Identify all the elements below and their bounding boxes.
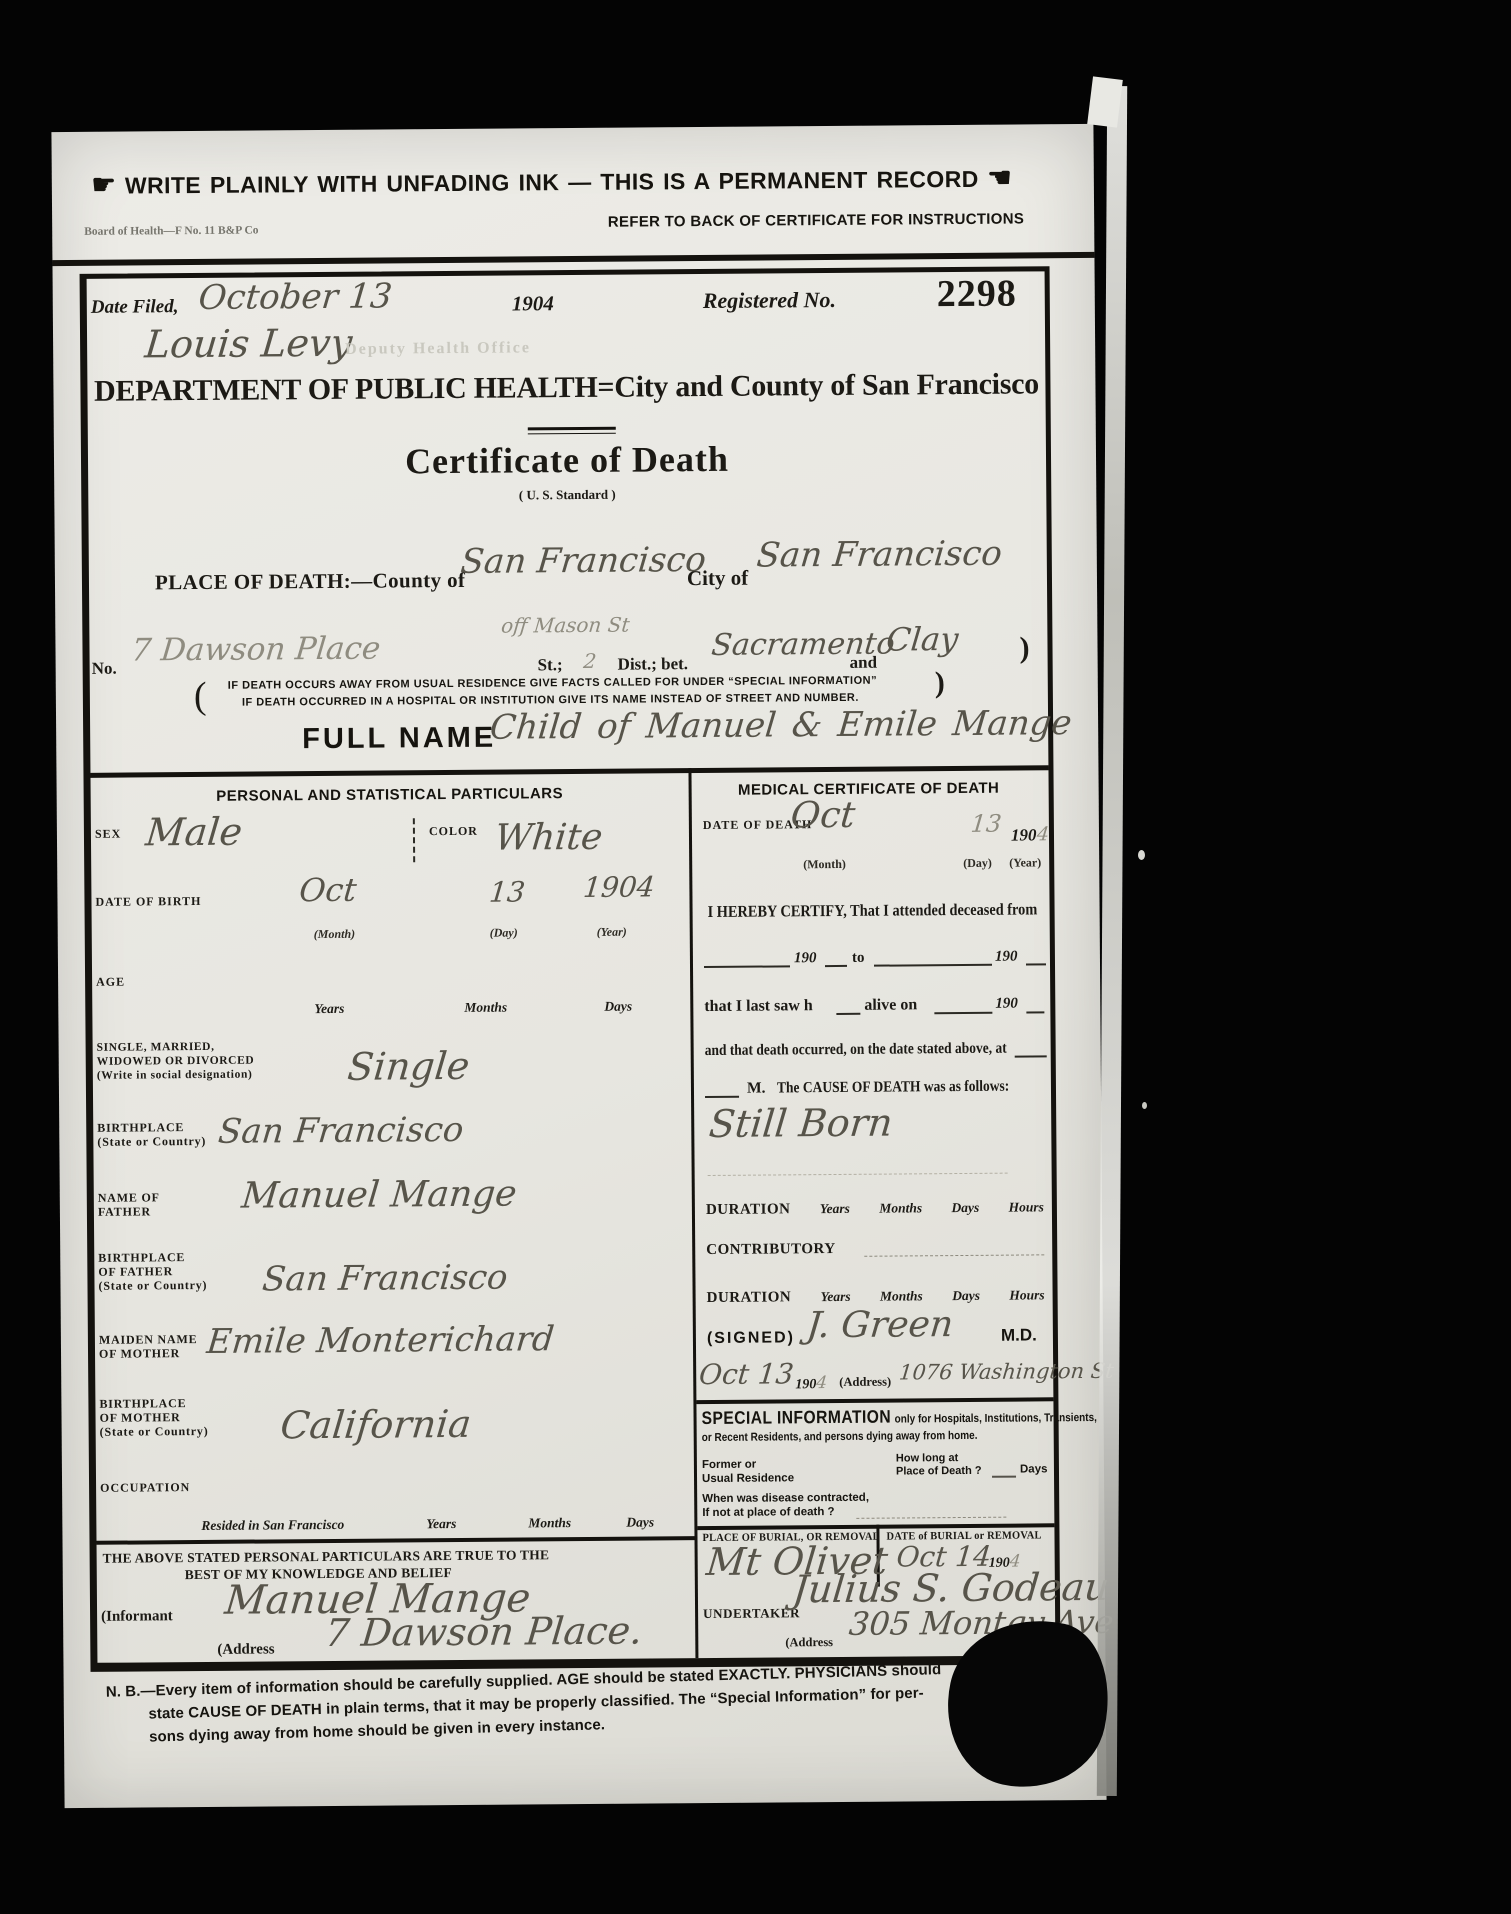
dod-year-printed: 190 bbox=[1011, 825, 1037, 844]
duration2-years-caption: Years bbox=[821, 1289, 851, 1305]
certify-190a: 190 bbox=[794, 950, 817, 967]
mother-label-line2: OF MOTHER bbox=[99, 1346, 198, 1361]
pointing-hand-right-icon: ☛ bbox=[91, 170, 116, 200]
undertaker-address-label: (Address bbox=[785, 1635, 833, 1650]
father-birthplace-value: San Francisco bbox=[261, 1258, 510, 1300]
resided-months-caption: Months bbox=[528, 1515, 571, 1531]
age-days-caption: Days bbox=[604, 999, 632, 1015]
marital-label-line1: SINGLE, MARRIED, bbox=[97, 1040, 255, 1055]
signed-address-caption: (Address) bbox=[839, 1375, 891, 1390]
father-birthplace-label: BIRTHPLACE OF FATHER (State or Country) bbox=[98, 1250, 207, 1293]
birthplace-value: San Francisco bbox=[216, 1110, 465, 1152]
signed-label: (SIGNED) bbox=[707, 1329, 795, 1348]
resided-days-caption: Days bbox=[626, 1514, 654, 1530]
disease-line2: If not at place of death ? bbox=[702, 1505, 869, 1520]
birthplace-state-caption: (State or Country) bbox=[97, 1134, 206, 1149]
dod-year-value: 1904 bbox=[1011, 823, 1049, 845]
cause-faint-rule bbox=[708, 1172, 1008, 1176]
corner-paper-fragment bbox=[1087, 76, 1123, 127]
duration-hours-caption: Hours bbox=[1009, 1199, 1044, 1215]
occurred-line: and that death occurred, on the date sta… bbox=[705, 1040, 1007, 1060]
residence-note-line1: IF DEATH OCCURS AWAY FROM USUAL RESIDENC… bbox=[228, 675, 877, 692]
open-paren-glyph: ( bbox=[194, 674, 207, 718]
page-edge-sliver bbox=[1097, 86, 1127, 1796]
mother-birthplace-label: BIRTHPLACE OF MOTHER (State or Country) bbox=[99, 1396, 208, 1439]
special-divider bbox=[696, 1397, 1053, 1404]
certify-dash-a bbox=[825, 963, 847, 967]
informant-address-label: (Address bbox=[217, 1641, 274, 1658]
registrar-signature: Louis Levy bbox=[143, 321, 354, 367]
standard-caption: ( U. S. Standard ) bbox=[88, 483, 1046, 507]
certify-dash-b bbox=[1026, 961, 1046, 965]
physician-signature: J. Green bbox=[805, 1304, 955, 1346]
deputy-stamp: Deputy Health Office bbox=[345, 339, 531, 358]
mother-name-value: Emile Monterichard bbox=[205, 1319, 556, 1362]
duration-row: DURATION Years Months Days Hours bbox=[706, 1199, 1044, 1219]
certificate-title: Certificate of Death bbox=[88, 435, 1046, 485]
special-heading-row: SPECIAL INFORMATION only for Hospitals, … bbox=[701, 1405, 1097, 1429]
howlong-line1: How long at bbox=[896, 1452, 982, 1466]
md-label: M.D. bbox=[1001, 1325, 1037, 1345]
note-close-paren-glyph: ) bbox=[935, 666, 945, 700]
date-filed-year: 1904 bbox=[512, 291, 554, 316]
disease-contracted-label: When was disease contracted, If not at p… bbox=[702, 1491, 869, 1520]
color-label: COLOR bbox=[429, 824, 478, 838]
sex-value: Male bbox=[144, 810, 244, 855]
columns-divider bbox=[688, 768, 698, 1658]
father-name-value: Manuel Mange bbox=[240, 1173, 519, 1216]
signed-year-value: 1904 bbox=[795, 1373, 827, 1393]
former-residence-label: Former or Usual Residence bbox=[702, 1457, 794, 1486]
lastsaw-label: that I last saw h bbox=[704, 997, 813, 1016]
disease-blank bbox=[856, 1516, 1006, 1519]
duration2-label: DURATION bbox=[707, 1289, 792, 1307]
lastsaw-dash2 bbox=[1026, 1009, 1044, 1013]
lastsaw-190: 190 bbox=[995, 996, 1018, 1013]
certificate-page: ☛ WRITE PLAINLY WITH UNFADING INK — THIS… bbox=[51, 124, 1106, 1808]
howlong-label: How long at Place of Death ? bbox=[896, 1452, 982, 1479]
certify-190b: 190 bbox=[995, 949, 1018, 966]
city-value: San Francisco bbox=[755, 534, 1004, 576]
cause-value: Still Born bbox=[707, 1101, 895, 1146]
mother-birthplace-value: California bbox=[278, 1402, 473, 1448]
father-bp-line1: BIRTHPLACE bbox=[98, 1250, 207, 1265]
close-paren-glyph: ) bbox=[1019, 631, 1029, 665]
full-name-label: FULL NAME bbox=[302, 722, 496, 757]
city-label: City of bbox=[687, 566, 748, 591]
dob-year-caption: (Year) bbox=[597, 925, 627, 940]
resided-label: Resided in San Francisco bbox=[201, 1517, 344, 1534]
refer-note: REFER TO BACK OF CERTIFICATE FOR INSTRUC… bbox=[608, 210, 1024, 230]
and-street-value: Clay bbox=[885, 620, 961, 659]
dob-day-value: 13 bbox=[488, 875, 527, 908]
dob-day-caption: (Day) bbox=[490, 925, 518, 940]
dob-month-value: Oct bbox=[298, 871, 359, 909]
occupation-label: OCCUPATION bbox=[100, 1480, 190, 1495]
father-label-line2: FATHER bbox=[98, 1204, 160, 1218]
form-reference: Board of Health—F No. 11 B&P Co bbox=[84, 224, 258, 237]
age-label: AGE bbox=[96, 975, 125, 989]
father-label-line1: NAME OF bbox=[98, 1190, 160, 1204]
undertaker-label: UNDERTAKER bbox=[703, 1605, 800, 1622]
scan-background: ☛ WRITE PLAINLY WITH UNFADING INK — THIS… bbox=[0, 0, 1511, 1914]
howlong-days-caption: Days bbox=[1020, 1463, 1048, 1475]
occurred-blank bbox=[1015, 1053, 1047, 1057]
top-rule bbox=[52, 252, 1094, 266]
hour-blank bbox=[705, 1094, 739, 1098]
dod-month-caption: (Month) bbox=[803, 857, 846, 872]
medical-heading: MEDICAL CERTIFICATE OF DEATH bbox=[689, 779, 1049, 799]
st-label: St.; bbox=[538, 655, 563, 675]
dob-month-caption: (Month) bbox=[314, 927, 355, 942]
mother-name-label: MAIDEN NAME OF MOTHER bbox=[99, 1332, 198, 1361]
registered-no-label: Registered No. bbox=[703, 287, 836, 314]
duration-days-caption: Days bbox=[951, 1200, 979, 1216]
color-value: White bbox=[493, 817, 604, 859]
department-title: DEPARTMENT OF PUBLIC HEALTH=City and Cou… bbox=[87, 367, 1045, 409]
pointing-hand-left-icon: ☚ bbox=[987, 163, 1012, 193]
duration2-hours-caption: Hours bbox=[1009, 1287, 1044, 1303]
former-line2: Usual Residence bbox=[702, 1471, 794, 1486]
special-heading: SPECIAL INFORMATION bbox=[701, 1407, 891, 1428]
mother-bp-state-caption: (State or Country) bbox=[100, 1424, 209, 1439]
signed-year-printed: 190 bbox=[795, 1377, 816, 1392]
dod-day-caption: (Day) bbox=[963, 856, 992, 871]
columns-top-rule bbox=[90, 765, 1048, 778]
mother-bp-line2: OF MOTHER bbox=[99, 1410, 208, 1425]
marital-label-line2: WIDOWED OR DIVORCED bbox=[97, 1054, 255, 1069]
dist-label: Dist.; bet. bbox=[618, 654, 689, 675]
father-bp-line2: OF FATHER bbox=[98, 1264, 207, 1279]
scan-speck-2 bbox=[1142, 1102, 1147, 1109]
registered-no-value: 2298 bbox=[937, 272, 1017, 317]
dod-month-value: Oct bbox=[789, 795, 857, 837]
date-filed-label: Date Filed, bbox=[91, 296, 179, 319]
age-years-caption: Years bbox=[314, 1001, 344, 1017]
certify-line1: I HEREBY CERTIFY, That I attended deceas… bbox=[708, 899, 1038, 922]
and-label: and bbox=[850, 653, 878, 673]
dod-day-value: 13 bbox=[970, 810, 1003, 838]
dob-year-value: 1904 bbox=[582, 870, 656, 904]
mother-bp-line1: BIRTHPLACE bbox=[99, 1396, 208, 1411]
full-name-value: Child of Manuel & Emile Mange bbox=[488, 703, 1073, 748]
ward-value: 2 bbox=[582, 649, 597, 673]
informant-label: (Informant bbox=[101, 1608, 173, 1626]
howlong-blank bbox=[992, 1474, 1016, 1478]
county-value: San Francisco bbox=[459, 540, 708, 582]
resided-years-caption: Years bbox=[426, 1516, 456, 1532]
birthplace-label: BIRTHPLACE (State or Country) bbox=[97, 1120, 206, 1149]
certificate-box: Date Filed, October 13 1904 Registered N… bbox=[80, 266, 1061, 1672]
meridian-label: M. bbox=[747, 1080, 766, 1098]
footer-note: N. B.—Every item of information should b… bbox=[106, 1661, 943, 1747]
disease-line1: When was disease contracted, bbox=[702, 1491, 869, 1506]
top-notice-text: WRITE PLAINLY WITH UNFADING INK — THIS I… bbox=[125, 166, 979, 199]
signed-address-value: 1076 Washington St bbox=[898, 1359, 1115, 1385]
top-notice-row: ☛ WRITE PLAINLY WITH UNFADING INK — THIS… bbox=[52, 162, 1052, 201]
signed-date-value: Oct 13 bbox=[698, 1357, 796, 1391]
marital-value: Single bbox=[346, 1044, 472, 1089]
no-label: No. bbox=[92, 659, 117, 679]
special-heading-rest2: or Recent Residents, and persons dying a… bbox=[702, 1430, 978, 1444]
duration2-months-caption: Months bbox=[880, 1288, 923, 1304]
marital-label: SINGLE, MARRIED, WIDOWED OR DIVORCED (Wr… bbox=[97, 1040, 255, 1083]
birthplace-label-line1: BIRTHPLACE bbox=[97, 1120, 206, 1135]
lastsaw-blank bbox=[934, 1010, 992, 1014]
dod-year-caption: (Year) bbox=[1009, 855, 1041, 870]
attest-line1: THE ABOVE STATED PERSONAL PARTICULARS AR… bbox=[103, 1547, 550, 1567]
certify-blank-to bbox=[874, 962, 992, 967]
duration-months-caption: Months bbox=[879, 1200, 922, 1216]
dod-year-hand: 4 bbox=[1035, 823, 1049, 845]
contributory-label: CONTRIBUTORY bbox=[706, 1241, 836, 1259]
attest-divider bbox=[96, 1536, 694, 1545]
certify-blank-from bbox=[704, 963, 790, 968]
howlong-line2: Place of Death ? bbox=[896, 1465, 982, 1479]
date-filed-value: October 13 bbox=[197, 276, 394, 318]
personal-heading: PERSONAL AND STATISTICAL PARTICULARS bbox=[91, 784, 689, 806]
contributory-blank bbox=[864, 1253, 1044, 1256]
certify-to-label: to bbox=[852, 950, 865, 967]
father-bp-state-caption: (State or Country) bbox=[98, 1278, 207, 1293]
off-street-note: off Mason St bbox=[500, 613, 631, 638]
sex-color-divider bbox=[413, 818, 415, 862]
duration2-days-caption: Days bbox=[952, 1288, 980, 1304]
scan-speck-1 bbox=[1138, 850, 1145, 860]
lastsaw-aliveon-label: alive on bbox=[864, 996, 917, 1014]
sex-label: SEX bbox=[95, 827, 121, 841]
street-no-value: 7 Dawson Place bbox=[130, 631, 382, 669]
cause-label: The CAUSE OF DEATH was as follows: bbox=[777, 1078, 1009, 1098]
dob-label: DATE OF BIRTH bbox=[95, 894, 201, 909]
signed-year-hand: 4 bbox=[815, 1373, 828, 1393]
marital-label-line3: (Write in social designation) bbox=[97, 1068, 255, 1083]
informant-address-value: 7 Dawson Place. bbox=[323, 1609, 644, 1656]
duration-years-caption: Years bbox=[820, 1201, 850, 1217]
special-heading-rest1: only for Hospitals, Institutions, Transi… bbox=[895, 1412, 1097, 1426]
lastsaw-dash bbox=[836, 1011, 860, 1015]
mother-label-line1: MAIDEN NAME bbox=[99, 1332, 198, 1347]
former-line1: Former or bbox=[702, 1457, 794, 1472]
age-months-caption: Months bbox=[464, 1000, 507, 1016]
father-name-label: NAME OF FATHER bbox=[98, 1190, 160, 1218]
title-divider bbox=[528, 427, 616, 435]
duration-label: DURATION bbox=[706, 1201, 791, 1219]
place-of-death-label: PLACE OF DEATH:—County of bbox=[155, 568, 466, 595]
